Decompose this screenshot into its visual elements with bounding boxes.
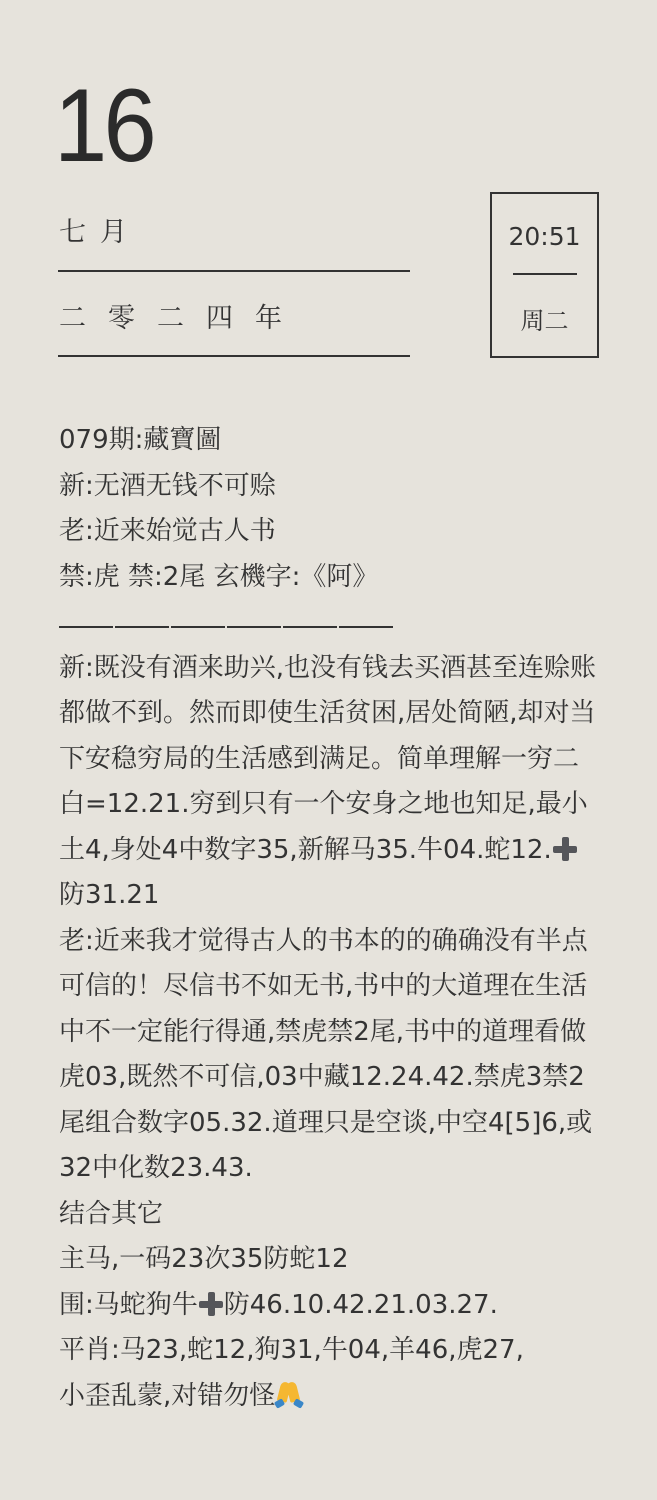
new-explanation: 新:既没有酒来助兴,也没有钱去买酒甚至连赊账都做不到。然而即使生活贫困,居处简陋… [59,646,599,919]
day-number: 16 [54,74,153,178]
weekday-label: 周二 [492,301,597,336]
closing-text: 小歪乱蒙,对错勿怪 [59,1381,275,1411]
new-explanation-text: 新:既没有酒来助兴,也没有钱去买酒甚至连赊账都做不到。然而即使生活贫困,居处简陋… [59,653,596,865]
new-verse: 新:无酒无钱不可赊 [59,464,599,510]
section-divider [59,600,599,646]
combine-label: 结合其它 [59,1192,599,1238]
main-pick: 主马,一码23次35防蛇12 [59,1237,599,1283]
month-divider [58,270,410,272]
surround-text: 围:马蛇狗牛 [59,1290,198,1320]
time-widget: 20:51 周二 [490,192,599,358]
old-verse: 老:近来始觉古人书 [59,509,599,555]
forbidden-hint: 禁:虎 禁:2尾 玄機字:《阿》 [59,555,599,601]
year-label: 二零二四年 [59,296,304,335]
old-explanation: 老:近来我才觉得古人的书本的的确确没有半点可信的！尽信书不如无书,书中的大道理在… [59,919,599,1192]
post-content: 079期:藏寶圖 新:无酒无钱不可赊 老:近来始觉古人书 禁:虎 禁:2尾 玄機… [59,418,599,1419]
folded-hands-icon [275,1380,303,1408]
surround-guard: 防46.10.42.21.03.27. [224,1290,498,1320]
heavy-plus-icon [199,1292,223,1316]
month-label: 七月 [59,210,141,249]
new-explanation-guard: 防31.21 [59,880,159,910]
surround-pick: 围:马蛇狗牛防46.10.42.21.03.27. [59,1283,599,1329]
flat-zodiac: 平肖:马23,蛇12,狗31,牛04,羊46,虎27, [59,1328,599,1374]
heavy-plus-icon [553,837,577,861]
time-divider [513,273,577,275]
clock-time: 20:51 [492,222,597,251]
closing-note: 小歪乱蒙,对错勿怪 [59,1374,599,1420]
year-divider [58,355,410,357]
issue-title: 079期:藏寶圖 [59,418,599,464]
